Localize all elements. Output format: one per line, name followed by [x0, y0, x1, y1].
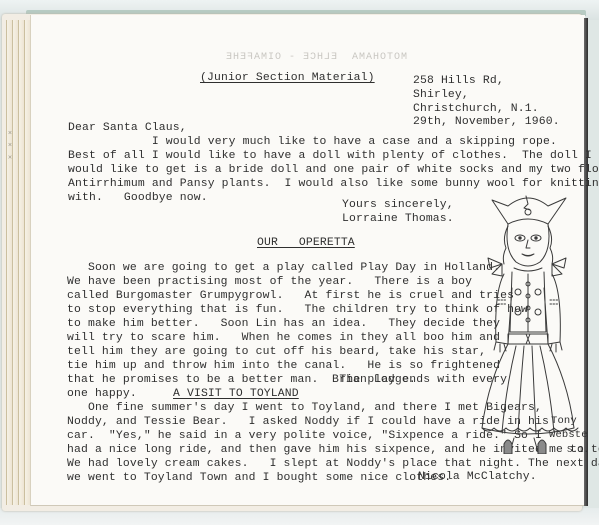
operetta-body: Soon we are going to get a play called P… [67, 261, 528, 401]
toyland-line: We had lovely cream cakes. I slept at No… [67, 457, 599, 471]
face-outline [507, 224, 549, 266]
letter-closing: Yours sincerely, [342, 198, 454, 212]
letter-line: Antirrhimum and Pansy plants. I would al… [68, 177, 599, 191]
address-line-1: 258 Hills Rd, [413, 74, 504, 88]
toyland-author: Nicola McClatchy. [418, 470, 537, 484]
letter-line: would like to get is a bride doll and on… [68, 163, 599, 177]
operetta-line: that he promises to be a better man. The… [67, 373, 528, 387]
operetta-line: Soon we are going to get a play called P… [67, 261, 528, 275]
toyland-title: A VISIT TO TOYLAND [173, 387, 299, 401]
letter-line: Best of all I would like to have a doll … [68, 149, 599, 163]
hat-outline [492, 198, 566, 224]
skirt-outline [482, 344, 574, 434]
letter-date: 29th, November, 1960. [413, 115, 560, 129]
address-line-2: Shirley, [413, 88, 469, 102]
operetta-line: called Burgomaster Grumpygrowl. At first… [67, 289, 528, 303]
operetta-line: to make him better. Soon Lin has an idea… [67, 317, 528, 331]
dutch-doll-illustration [474, 192, 582, 454]
operetta-title: OUR OPERETTA [257, 236, 355, 250]
address-line-3: Christchurch, N.1. [413, 102, 539, 116]
letter-line: I would very much like to have a case an… [68, 135, 599, 149]
operetta-line: tell him they are going to cut off his b… [67, 345, 528, 359]
margin-mark: × × × [6, 130, 14, 162]
operetta-author: Brian Lodge. [332, 373, 416, 387]
bleed-through-text: MOTOHAMA ELHCE - OIMAFEHE [225, 52, 407, 63]
letter-signature: Lorraine Thomas. [342, 212, 454, 226]
operetta-line: tie him up and throw him into the canal.… [67, 359, 528, 373]
section-label: (Junior Section Material) [200, 71, 375, 85]
letter-salutation: Dear Santa Claus, [68, 121, 187, 135]
operetta-line: to stop everything that is fun. The chil… [67, 303, 528, 317]
operetta-line: We have been practising most of the year… [67, 275, 528, 289]
operetta-line: will try to scare him. When he comes in … [67, 331, 528, 345]
